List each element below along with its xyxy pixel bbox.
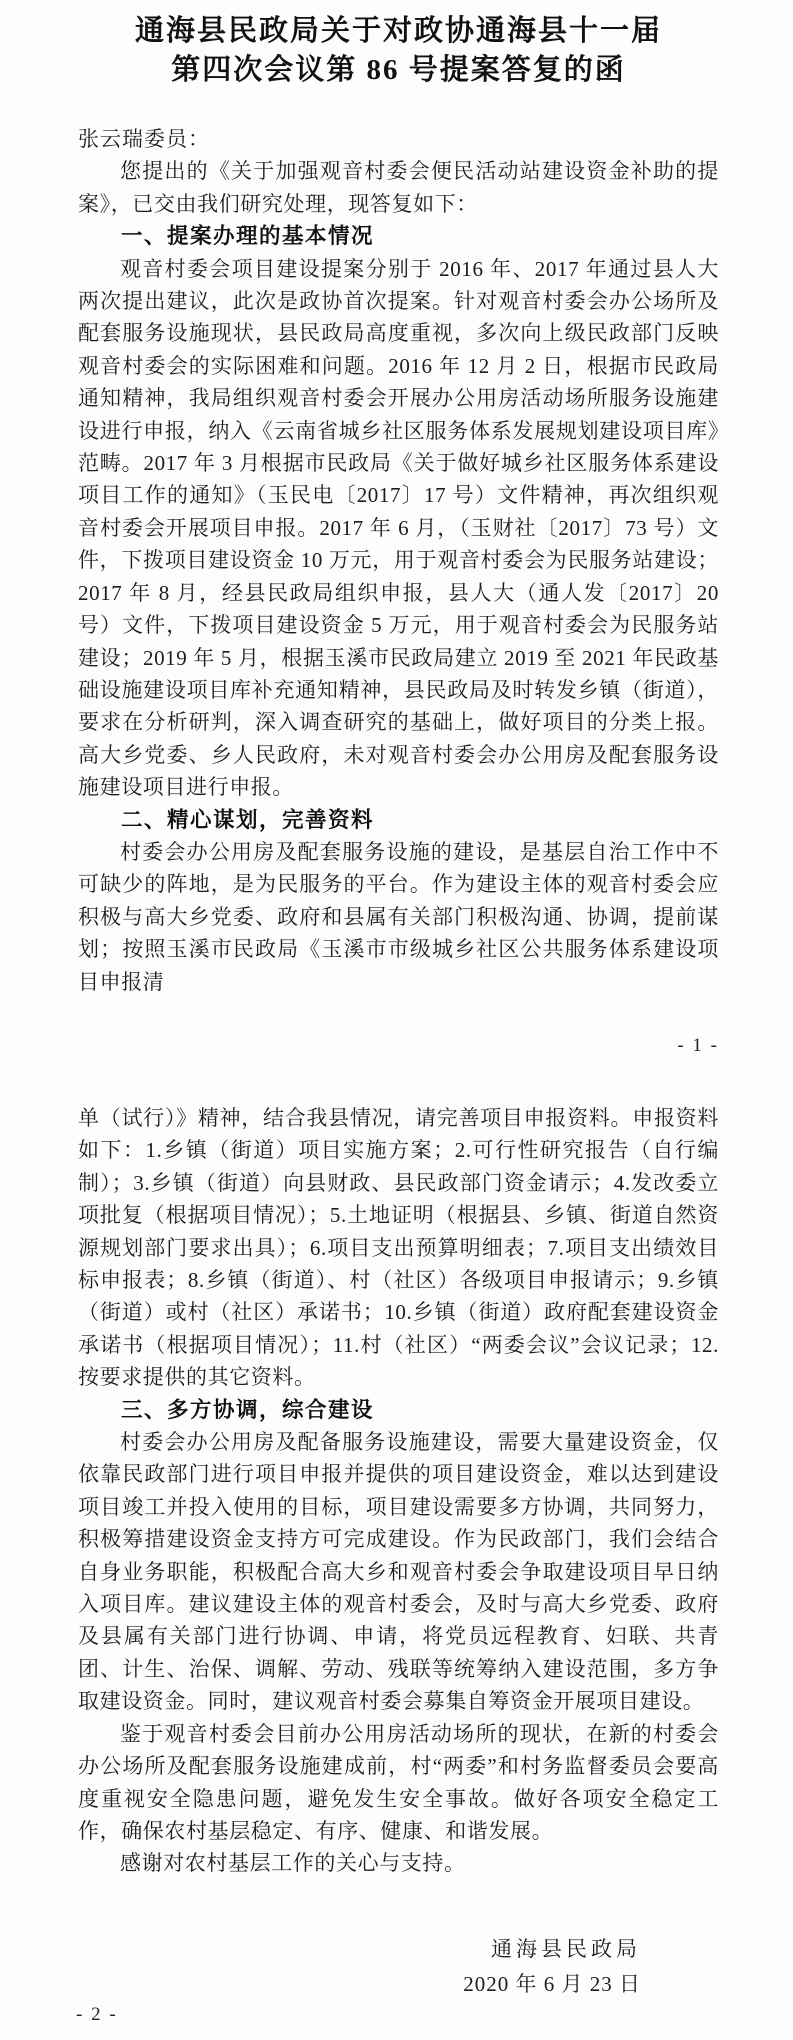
section1-body: 观音村委会项目建设提案分别于 2016 年、2017 年通过县人大两次提出建议，… (78, 253, 719, 804)
recipient-line: 张云瑞委员： (78, 123, 719, 155)
document-title-line1: 通海县民政局关于对政协通海县十一届 (78, 12, 719, 51)
section3-paragraph1: 村委会办公用房及配备服务设施建设，需要大量建设资金，仅依靠民政部门进行项目申报并… (78, 1426, 719, 1718)
document-title-line2: 第四次会议第 86 号提案答复的函 (78, 51, 719, 90)
section3-heading: 三、多方协调，综合建设 (78, 1394, 719, 1426)
document-title: 通海县民政局关于对政协通海县十一届 第四次会议第 86 号提案答复的函 (78, 12, 719, 90)
page2-number: - 2 - (76, 2004, 118, 2026)
signature-block: 通海县民政局 2020 年 6 月 23 日 (78, 1932, 719, 2002)
document-page: 通海县民政局关于对政协通海县十一届 第四次会议第 86 号提案答复的函 张云瑞委… (0, 0, 793, 2040)
signature-org: 通海县民政局 (78, 1932, 641, 1966)
signature-date: 2020 年 6 月 23 日 (78, 1966, 641, 2002)
section1-heading: 一、提案办理的基本情况 (78, 220, 719, 252)
section2-body-page2: 单（试行）》精神，结合我县情况，请完善项目申报资料。申报资料如下：1.乡镇（街道… (78, 1102, 719, 1394)
section2-heading: 二、精心谋划，完善资料 (78, 804, 719, 836)
document-content: 通海县民政局关于对政协通海县十一届 第四次会议第 86 号提案答复的函 张云瑞委… (78, 0, 719, 2002)
section3-paragraph2: 鉴于观音村委会目前办公用房活动场所的现状，在新的村委会办公场所及配套服务设施建成… (78, 1718, 719, 1848)
intro-paragraph: 您提出的《关于加强观音村委会便民活动站建设资金补助的提案》，已交由我们研究处理，… (78, 155, 719, 220)
section2-body-page1: 村委会办公用房及配套服务设施的建设，是基层自治工作中不可缺少的阵地，是为民服务的… (78, 836, 719, 998)
section3-paragraph3: 感谢对农村基层工作的关心与支持。 (78, 1847, 719, 1879)
page1-number: - 1 - (78, 1034, 719, 1058)
